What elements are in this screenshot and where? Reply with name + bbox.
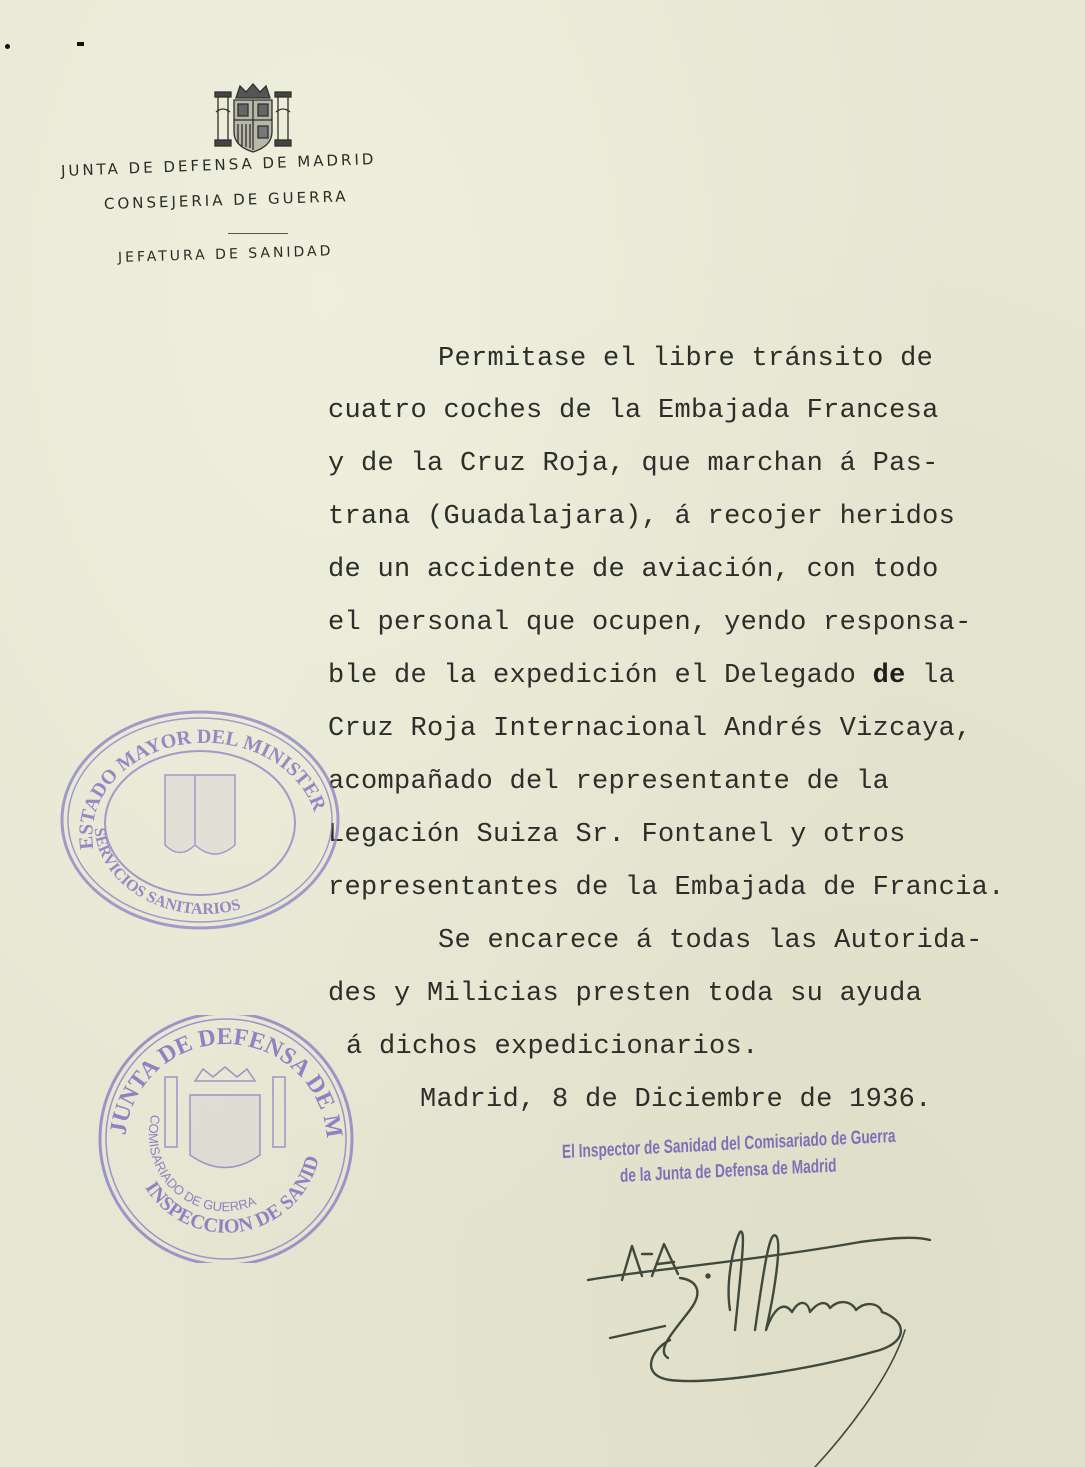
body-line: de un accidente de aviación, con todo [328, 555, 939, 585]
round-seal-junta-defensa: JUNTA DE DEFENSA DE MADRID INSPECCION DE… [95, 1015, 357, 1263]
body-line: Se encarece á todas las Autorida- [328, 926, 983, 956]
body-line: cuatro coches de la Embajada Francesa [328, 396, 939, 426]
body-line: á dichos expedicionarios. [328, 1032, 759, 1062]
letterhead-divider [228, 233, 288, 234]
ink-speck [5, 44, 10, 49]
ink-speck [77, 42, 84, 46]
overtyped-word: de [873, 661, 906, 691]
body-line: y de la Cruz Roja, que marchan á Pas- [328, 449, 939, 479]
letterhead-line-2: CONSEJERIA DE GUERRA [104, 187, 349, 213]
letterhead-line-3: JEFATURA DE SANIDAD [118, 243, 334, 266]
body-line: Permitase el libre tránsito de [328, 344, 933, 374]
body-line: des y Milicias presten toda su ayuda [328, 979, 922, 1009]
body-line: acompañado del representante de la [328, 767, 889, 797]
signature-stamp-line-1: El Inspector de Sanidad del Comisariado … [562, 1126, 896, 1164]
letterhead-line-1: JUNTA DE DEFENSA DE MADRID [61, 150, 377, 180]
body-line: trana (Guadalajara), á recojer heridos [328, 502, 955, 532]
oval-seal-estado-mayor: ESTADO MAYOR DEL MINISTERIO DE LA GUERRA… [55, 705, 345, 935]
body-line-text: ble de la expedición el Delegado [328, 661, 856, 691]
body-line: representantes de la Embajada de Francia… [328, 873, 1005, 903]
body-line: Cruz Roja Internacional Andrés Vizcaya, [328, 714, 972, 744]
body-line: el personal que ocupen, yendo responsa- [328, 608, 972, 638]
body-line: ble de la expedición el Delegado de la [328, 661, 955, 691]
body-line: Legación Suiza Sr. Fontanel y otros [328, 820, 906, 850]
body-line-tail: la [906, 661, 956, 691]
handwritten-signature [560, 1180, 960, 1467]
date-line: Madrid, 8 de Diciembre de 1936. [328, 1085, 932, 1115]
spanish-coat-of-arms-icon [214, 82, 292, 154]
